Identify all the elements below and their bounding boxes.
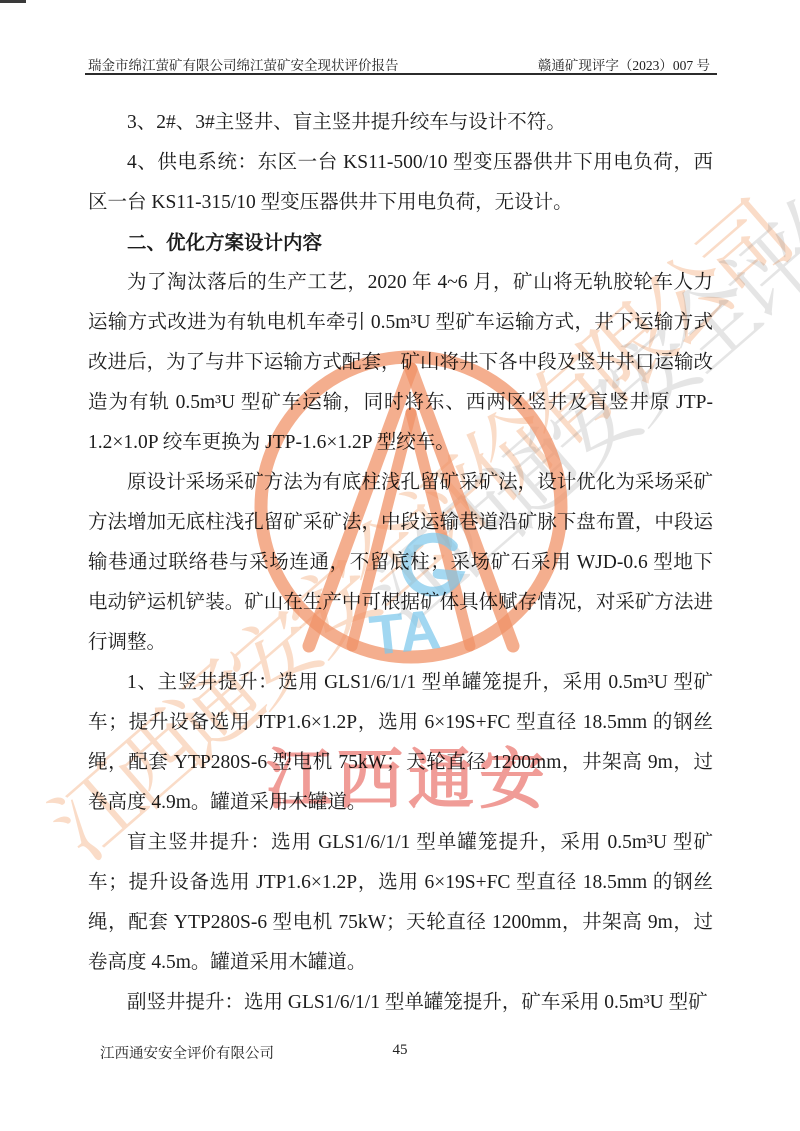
page-header: 瑞金市绵江萤矿有限公司绵江萤矿安全现状评价报告 赣通矿现评字（2023）007 … (88, 54, 710, 74)
header-document-number: 赣通矿现评字（2023）007 号 (538, 54, 710, 74)
header-report-title: 瑞金市绵江萤矿有限公司绵江萤矿安全现状评价报告 (88, 54, 399, 74)
paragraph: 原设计采场采矿方法为有底柱浅孔留矿采矿法，设计优化为采场采矿方法增加无底柱浅孔留… (88, 463, 713, 663)
document-body: 3、2#、3#主竖井、盲主竖井提升绞车与设计不符。4、供电系统：东区一台 KS1… (88, 103, 713, 1023)
paragraph: 4、供电系统：东区一台 KS11-500/10 型变压器供井下用电负荷，西区一台… (88, 143, 713, 223)
paragraph: 盲主竖井提升：选用 GLS1/6/1/1 型单罐笼提升，采用 0.5m³U 型矿… (88, 823, 713, 983)
document-page: 瑞金市绵江萤矿有限公司绵江萤矿安全现状评价报告 赣通矿现评字（2023）007 … (0, 0, 800, 1131)
section-heading: 二、优化方案设计内容 (88, 223, 713, 263)
header-divider (85, 73, 717, 75)
page-footer: 45 江西通安安全评价有限公司 (0, 1042, 800, 1066)
paragraph: 3、2#、3#主竖井、盲主竖井提升绞车与设计不符。 (88, 103, 713, 143)
paragraph: 为了淘汰落后的生产工艺，2020 年 4~6 月，矿山将无轨胶轮车人力运输方式改… (88, 263, 713, 463)
scan-edge-artifact (0, 0, 26, 3)
footer-company-name: 江西通安安全评价有限公司 (100, 1042, 274, 1063)
paragraph: 1、主竖井提升：选用 GLS1/6/1/1 型单罐笼提升，采用 0.5m³U 型… (88, 663, 713, 823)
paragraph: 副竖井提升：选用 GLS1/6/1/1 型单罐笼提升，矿车采用 0.5m³U 型… (88, 983, 713, 1023)
